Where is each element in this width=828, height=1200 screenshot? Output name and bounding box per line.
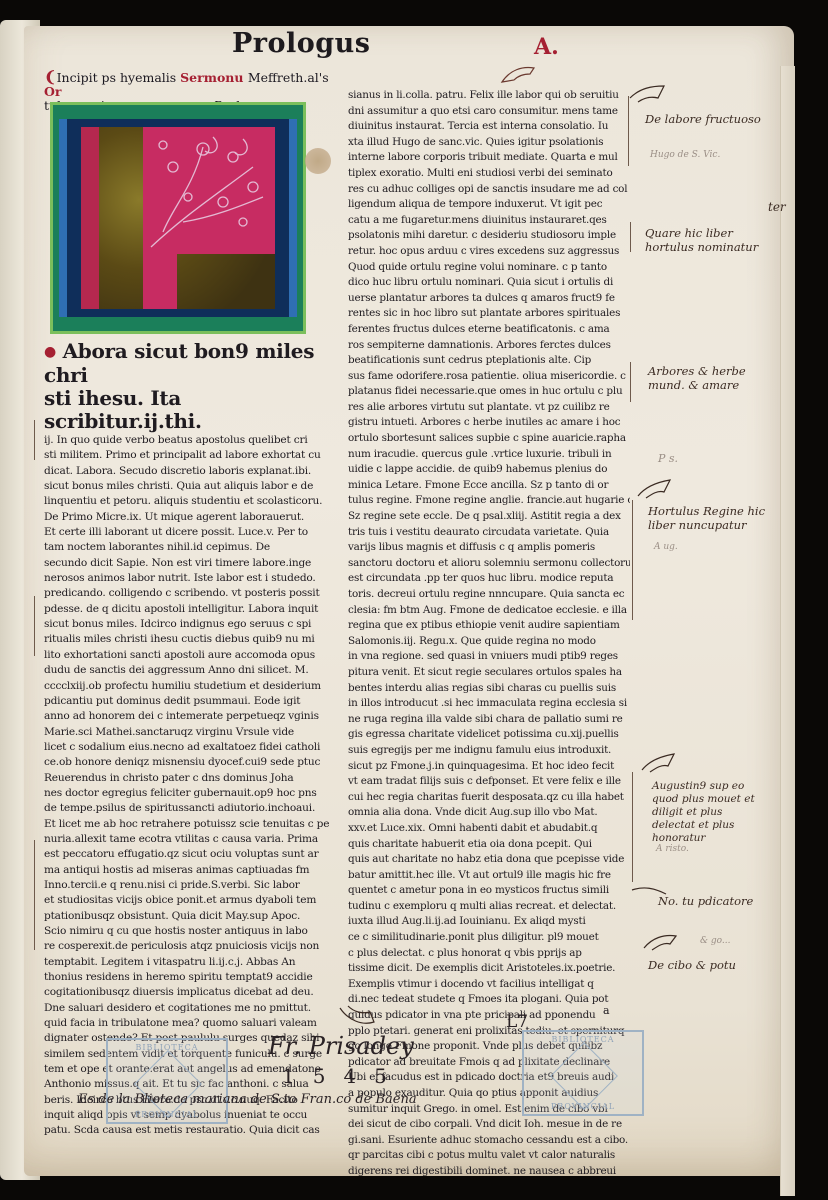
text-line: est peccatoru effugatio.qz sicut ociu vo… bbox=[44, 847, 344, 862]
manicule-pointing-hand-icon bbox=[500, 64, 538, 86]
text-line: Quod quide ortulu regine volui nominare.… bbox=[348, 260, 630, 276]
marginal-note-1: De labore fructuoso bbox=[645, 112, 765, 126]
margin-bracket bbox=[34, 840, 35, 950]
provenance-note: Es de la Blioteca mariana de S.to Fran.c… bbox=[78, 1092, 417, 1107]
opening-lead-text: ● Abora sicut bon9 miles chri sti ihesu.… bbox=[44, 340, 344, 433]
signature-mark-text: A. bbox=[534, 34, 559, 60]
foxing-stain bbox=[305, 148, 331, 174]
text-line: thonius residens in heremo spiritu tempt… bbox=[44, 970, 344, 985]
text-line: uerse plantatur arbores ta dulces q amar… bbox=[348, 291, 630, 307]
text-line: Et certe illi laborant ut dicere possit.… bbox=[44, 525, 344, 540]
text-line: Reuerendus in christo pater c dns dominu… bbox=[44, 771, 344, 786]
text-line: di.nec tedeat studete q Fmoes ita plogan… bbox=[348, 992, 630, 1008]
text-line: sanctoru doctoru et alioru solemniu serm… bbox=[348, 556, 630, 572]
text-line: c plus delectat. c plus honorat q vbis p… bbox=[348, 946, 630, 962]
text-line: Et licet me ab hoc retrahere potuissz sc… bbox=[44, 817, 344, 832]
text-line: est circundata .pp ter quos huc libru. m… bbox=[348, 571, 630, 587]
marginal-note-8: De cibo & potu bbox=[648, 958, 758, 972]
margin-bracket bbox=[632, 500, 633, 620]
text-line: digerens rei digestibili dominet. ne nau… bbox=[348, 1164, 630, 1180]
text-line: anno ad honorem dei c intemerate perpetu… bbox=[44, 709, 344, 724]
text-line: Exemplis vtimur i docendo vt facilius in… bbox=[348, 977, 630, 993]
manicule-pointing-hand-icon bbox=[338, 1004, 378, 1030]
text-line: res cu adhuc colliges opi de sanctis ins… bbox=[348, 182, 630, 198]
text-line: toris. decreui ortulu regine nnncupare. … bbox=[348, 587, 630, 603]
ownership-year: 1545 bbox=[282, 1064, 405, 1088]
text-line: tam noctem laborantes nihil.id cepimus. … bbox=[44, 540, 344, 555]
text-line: psolatonis mihi daretur. c desideriu stu… bbox=[348, 228, 630, 244]
text-line: Dne saluari desidero et cogitationes me … bbox=[44, 1001, 344, 1016]
page-fore-edge-fold bbox=[780, 66, 795, 1196]
text-line: Marie.sci Mathei.sanctaruqz virginu Vrsu… bbox=[44, 725, 344, 740]
margin-bracket bbox=[628, 96, 629, 166]
text-line: ritualis miles christi ihesu cuctis dieb… bbox=[44, 632, 344, 647]
text-line: gi.sani. Esuriente adhuc stomacho cessan… bbox=[348, 1133, 630, 1149]
text-line: Sz regine sete eccle. De q psal.xliij. A… bbox=[348, 509, 630, 525]
text-line: gistru intueti. Arbores c herbe inutiles… bbox=[348, 415, 630, 431]
fore-edge-fragment: ter bbox=[768, 200, 786, 214]
marginal-faint-note-8: & go... bbox=[700, 934, 770, 948]
marginal-note-7: No. tu pdicatore bbox=[658, 894, 768, 908]
marginal-note-4: P s. bbox=[658, 452, 698, 466]
text-line: retur. hoc opus arduu c vires excedens s… bbox=[348, 244, 630, 260]
text-line: re cosperexit.de periculosis atqz pnuici… bbox=[44, 939, 344, 954]
text-line: num iracudie. quercus gule .vrtice luxur… bbox=[348, 447, 630, 463]
text-line: quentet c ametur pona in eo mysticos fru… bbox=[348, 883, 630, 899]
ownership-signature: Fr. Prisadey bbox=[268, 1032, 414, 1060]
text-line: gis egressa charitate videlicet potissim… bbox=[348, 727, 630, 743]
text-line: ferentes fructus dulces eterne beatifica… bbox=[348, 322, 630, 338]
incipit-line-1: ❨Incipit ps hyemalis Sermonu Meffreth.al… bbox=[44, 70, 334, 99]
text-line: cogitationibusqz diuersis implicatus dic… bbox=[44, 985, 344, 1000]
text-line: sus fame odorifere.rosa patientie. oliua… bbox=[348, 369, 630, 385]
manicule-pointing-hand-icon bbox=[640, 752, 678, 774]
text-line: beatificationis sunt cedrus pteplationis… bbox=[348, 353, 630, 369]
text-line: quid facia in tribulatone mea? quomo sal… bbox=[44, 1016, 344, 1031]
text-line: De Primo Micre.ix. Ut mique agerent labo… bbox=[44, 510, 344, 525]
text-column-right: sianus in li.colla. patru. Felix ille la… bbox=[348, 88, 630, 1180]
text-line: pitura venit. Et sicut regie seculares o… bbox=[348, 665, 630, 681]
text-line: sti militem. Primo et principalit ad lab… bbox=[44, 448, 344, 463]
text-line: tissime dicit. De exemplis dicit Aristot… bbox=[348, 961, 630, 977]
text-line: ptationibusqz obsistunt. Quia dicit May.… bbox=[44, 909, 344, 924]
text-line: licet c sodalium eius.necno ad exaltatoe… bbox=[44, 740, 344, 755]
text-line: interne labore corporis tribuit mediate.… bbox=[348, 150, 630, 166]
signature-mark: A. bbox=[534, 34, 559, 60]
text-line: et studiositas vicijs obice ponit.et arm… bbox=[44, 893, 344, 908]
text-line: quis aut charitate no habz etia dona que… bbox=[348, 852, 630, 868]
right-column-body: sianus in li.colla. patru. Felix ille la… bbox=[348, 88, 630, 1180]
text-line: xxv.et Luce.xix. Omni habenti dabit et a… bbox=[348, 821, 630, 837]
text-line: in vna regione. sed quasi in vniuers mud… bbox=[348, 649, 630, 665]
text-line: ij. In quo quide verbo beatus apostolus … bbox=[44, 433, 344, 448]
text-line: secundo dicit Sapie. Non est viri timere… bbox=[44, 556, 344, 571]
text-line: catu a me fugaretur.mens diuinitus insta… bbox=[348, 213, 630, 229]
marginal-faint-note-6: A risto. bbox=[656, 842, 716, 856]
margin-bracket bbox=[632, 772, 633, 882]
text-line: varijs libus magnis et diffusis c q ampl… bbox=[348, 540, 630, 556]
margin-bracket bbox=[34, 420, 35, 460]
text-line: ce.ob honore deniqz misnensiu dyocef.cui… bbox=[44, 755, 344, 770]
text-line: lito exhortationi sancti apostoli aure a… bbox=[44, 648, 344, 663]
text-line: uidie c lappe accidie. de quib9 habemus … bbox=[348, 462, 630, 478]
text-line: suis egregijs per me indignu famulu eius… bbox=[348, 743, 630, 759]
marginal-note-5: Hortulus Regine hic liber nuncupatur bbox=[648, 504, 768, 532]
text-line: tudinu c exemploru q multi alias recreat… bbox=[348, 899, 630, 915]
text-line: de tempe.psilus de spiritussancti adiuto… bbox=[44, 801, 344, 816]
illuminated-initial-L bbox=[50, 102, 306, 334]
catchword: a bbox=[603, 1004, 610, 1017]
marginal-note-6: Augustin9 sup eo quod plus mouet et dili… bbox=[652, 780, 764, 845]
text-line: sianus in li.colla. patru. Felix ille la… bbox=[348, 88, 630, 104]
text-line: sicut bonus miles. Idcirco indignus ego … bbox=[44, 617, 344, 632]
text-line: temptabit. Legitem i vitaspatru li.ij.c.… bbox=[44, 955, 344, 970]
text-line: ligendum aliqua de tempore induxerut. Vt… bbox=[348, 197, 630, 213]
text-line: sicut pz Fmone.j.in quinquagesima. Et ho… bbox=[348, 759, 630, 775]
text-column-left: ● Abora sicut bon9 miles chri sti ihesu.… bbox=[44, 340, 344, 1139]
text-line: vt eam tradat filijs suis c defponset. E… bbox=[348, 774, 630, 790]
library-stamp-left: BIBLIOTECA PROVINCIAL bbox=[106, 1038, 228, 1124]
text-line: qr parcitas cibi c potus multu valet vt … bbox=[348, 1148, 630, 1164]
initial-gold-ground bbox=[81, 127, 275, 309]
text-line: cccclxiij.ob profectu humiliu studetium … bbox=[44, 679, 344, 694]
text-line: ma antiqui hostis ad miseras animas capt… bbox=[44, 863, 344, 878]
margin-bracket bbox=[34, 596, 35, 656]
text-line: nerosos animos labor nutrit. Iste labor … bbox=[44, 571, 344, 586]
shelf-mark: L7 bbox=[506, 1012, 528, 1032]
text-line: ros sempiterne damnationis. Arbores ferc… bbox=[348, 338, 630, 354]
text-line: patu. Scda causa est metis restauratio. … bbox=[44, 1123, 344, 1138]
text-line: iuxta illud Aug.li.ij.ad Iouinianu. Ex a… bbox=[348, 914, 630, 930]
text-line: minica Letare. Fmone Ecce ancilla. Sz p … bbox=[348, 478, 630, 494]
text-line: ortulo sbortesunt salices supbie c spine… bbox=[348, 431, 630, 447]
text-line: dudu de sanctis dei aggressum Anno dni s… bbox=[44, 663, 344, 678]
initial-letter-stem bbox=[81, 127, 99, 309]
marginal-faint-note-5: A ug. bbox=[654, 540, 714, 554]
text-line: pdicantiu put dominus dedit psummaui. Eo… bbox=[44, 694, 344, 709]
text-line: pdesse. de q dicitu apostoli intelligitu… bbox=[44, 602, 344, 617]
text-line: clesia: fm btm Aug. Fmone de dedicatoe e… bbox=[348, 603, 630, 619]
text-line: Inno.tercii.e q renu.nisi ci pride.S.ver… bbox=[44, 878, 344, 893]
stamp-diamond-emblem-icon bbox=[134, 1050, 202, 1118]
initial-blue-frame bbox=[59, 119, 297, 317]
text-line: regina que ex ptibus ethiopie venit audi… bbox=[348, 618, 630, 634]
text-line: Salomonis.iij. Regu.x. Que quide regina … bbox=[348, 634, 630, 650]
text-line: omnia alia dona. Vnde dicit Aug.sup illo… bbox=[348, 805, 630, 821]
text-line: diuinitus instaurat. Tercia est interna … bbox=[348, 119, 630, 135]
text-line: sicut bonus miles christi. Quia aut aliq… bbox=[44, 479, 344, 494]
library-stamp-right: BIBLIOTECA PROVINCIAL bbox=[522, 1030, 644, 1116]
marginal-note-3: Arbores & herbe mund. & amare bbox=[648, 364, 768, 392]
text-line: tiplex exoratio. Multi eni studiosi verb… bbox=[348, 166, 630, 182]
text-line: xta illud Hugo de sanc.vic. Quies igitur… bbox=[348, 135, 630, 151]
text-line: rentes sic in hoc libro sut plantate arb… bbox=[348, 306, 630, 322]
text-line: quis charitate habuerit etia oia dona pc… bbox=[348, 837, 630, 853]
text-line: bentes interdu alias regias sibi charas … bbox=[348, 681, 630, 697]
margin-bracket bbox=[630, 362, 631, 402]
text-line: platanus fidei necessarie.que omes in hu… bbox=[348, 384, 630, 400]
manicule-pointing-hand-icon bbox=[642, 930, 680, 952]
text-line: nes doctor egregius feliciter gubernauit… bbox=[44, 786, 344, 801]
text-line: dei sicut de cibo corpali. Vnd dicit Ioh… bbox=[348, 1117, 630, 1133]
text-line: linquentiu et petoru. aliquis studentiu … bbox=[44, 494, 344, 509]
text-line: ne ruga regina illa valde sibi chara de … bbox=[348, 712, 630, 728]
text-line: predicando. colligendo c scribendo. vt p… bbox=[44, 586, 344, 601]
running-head: Prologus bbox=[232, 28, 371, 59]
margin-bracket bbox=[630, 222, 631, 252]
marginal-faint-note-1: Hugo de S. Vic. bbox=[650, 148, 740, 162]
manicule-pointing-hand-icon bbox=[628, 84, 666, 106]
text-line: in illos introducut .si hec immaculata r… bbox=[348, 696, 630, 712]
text-line: cui hec regia charitas fuerit desposata.… bbox=[348, 790, 630, 806]
text-line: tulus regine. Fmone regine anglie. franc… bbox=[348, 493, 630, 509]
text-line: batur amittit.hec ille. Vt aut ortul9 il… bbox=[348, 868, 630, 884]
marginal-note-2: Quare hic liber hortulus nominatur bbox=[645, 226, 765, 254]
text-line: ce c similitudinarie.ponit plus diligitu… bbox=[348, 930, 630, 946]
text-line: quidus pdicator in vna pte pricipali ad … bbox=[348, 1008, 630, 1024]
manicule-pointing-hand-icon bbox=[636, 478, 674, 500]
text-line: dicat. Labora. Secudo discretio laboris … bbox=[44, 464, 344, 479]
text-line: res alie arbores virtutu sut plantate. v… bbox=[348, 400, 630, 416]
text-line: dni assumitur a quo etsi caro consumitur… bbox=[348, 104, 630, 120]
text-line: Scio nimiru q cu que hostis noster antiq… bbox=[44, 924, 344, 939]
text-line: tris tuis i vestitu deaurato circudata v… bbox=[348, 525, 630, 541]
filigree-ornament-icon bbox=[143, 127, 273, 267]
stamp-diamond-emblem-icon bbox=[550, 1042, 618, 1110]
text-line: dico huc libru ortulu nominari. Quia sic… bbox=[348, 275, 630, 291]
text-line: nuria.allexit tame ecotra vtilitas c cau… bbox=[44, 832, 344, 847]
